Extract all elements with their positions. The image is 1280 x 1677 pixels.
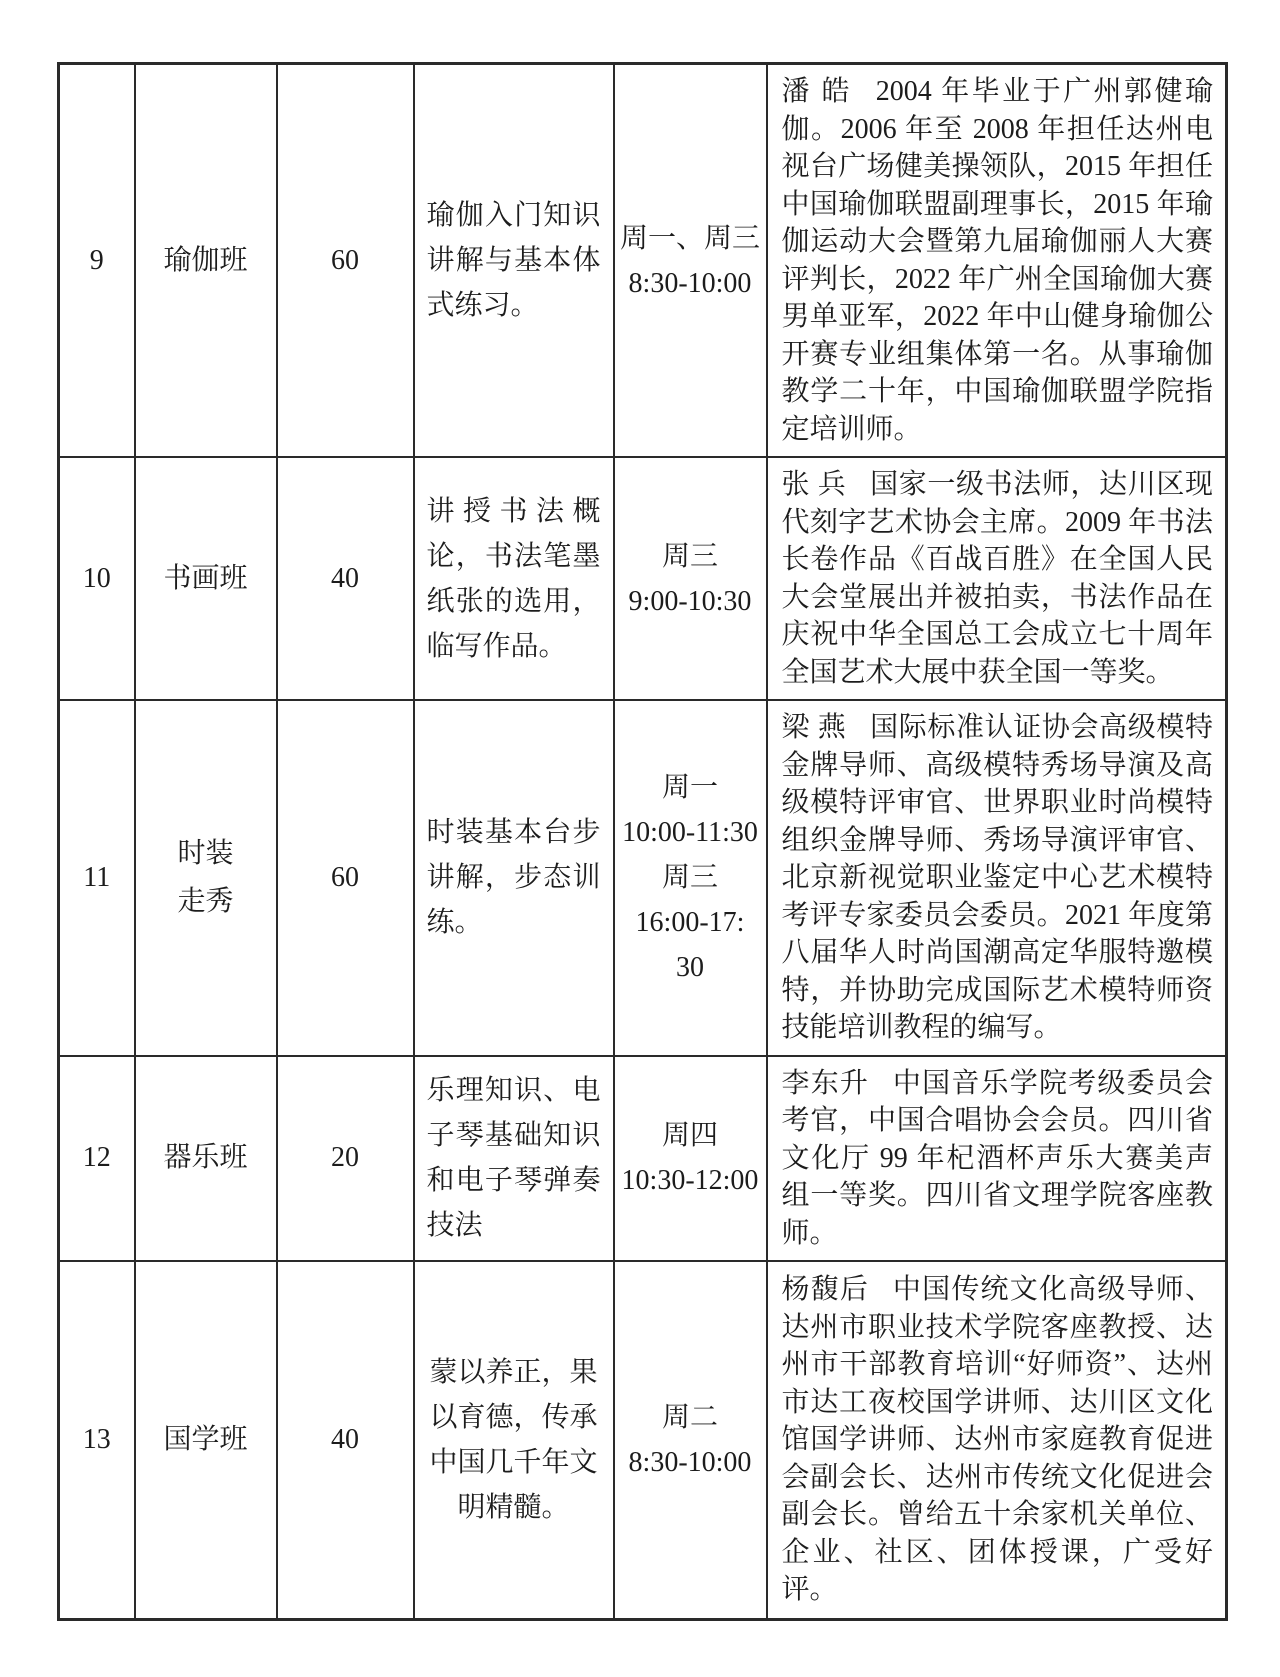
course-content-cell: 蒙以养正，果以育德，传承中国几千年文明精髓。 xyxy=(414,1261,614,1619)
schedule-cell: 周四 10:30-12:00 xyxy=(614,1056,767,1262)
course-name-cell: 书画班 xyxy=(135,457,277,700)
teacher-bio-text: 国家一级书法师，达川区现代刻字艺术协会主席。2009 年书法长卷作品《百战百胜》… xyxy=(782,469,1214,688)
course-content-cell: 时装基本台步讲解，步态训练。 xyxy=(414,700,614,1056)
teacher-bio-cell: 梁 燕国际标准认证协会高级模特金牌导师、高级模特秀场导演及高级模特评审官、世界职… xyxy=(767,700,1227,1056)
course-number-cell: 12 xyxy=(59,1056,135,1262)
teacher-name: 杨馥后 xyxy=(782,1274,870,1305)
schedule-cell: 周二 8:30-10:00 xyxy=(614,1261,767,1619)
course-number-cell: 9 xyxy=(59,64,135,458)
teacher-name: 梁 燕 xyxy=(782,712,847,743)
teacher-bio-cell: 张 兵国家一级书法师，达川区现代刻字艺术协会主席。2009 年书法长卷作品《百战… xyxy=(767,457,1227,700)
schedule-cell: 周一 10:00-11:30 周三 16:00-17: 30 xyxy=(614,700,767,1056)
capacity-cell: 20 xyxy=(277,1056,414,1262)
teacher-bio-cell: 杨馥后中国传统文化高级导师、达州市职业技术学院客座教授、达州市干部教育培训“好师… xyxy=(767,1261,1227,1619)
schedule-cell: 周三 9:00-10:30 xyxy=(614,457,767,700)
teacher-bio-text: 国际标准认证协会高级模特金牌导师、高级模特秀场导演及高级模特评审官、世界职业时尚… xyxy=(782,712,1214,1043)
teacher-bio-cell: 潘 皓2004 年毕业于广州郭健瑜伽。2006 年至 2008 年担任达州电视台… xyxy=(767,64,1227,458)
course-name-cell: 器乐班 xyxy=(135,1056,277,1262)
capacity-cell: 40 xyxy=(277,1261,414,1619)
teacher-name: 张 兵 xyxy=(782,469,847,500)
course-content-cell: 乐理知识、电子琴基础知识和电子琴弹奏技法 xyxy=(414,1056,614,1262)
course-name-cell: 时装 走秀 xyxy=(135,700,277,1056)
capacity-cell: 40 xyxy=(277,457,414,700)
course-number-cell: 11 xyxy=(59,700,135,1056)
teacher-bio-text: 中国传统文化高级导师、达州市职业技术学院客座教授、达州市干部教育培训“好师资”、… xyxy=(782,1274,1214,1605)
course-name-cell: 国学班 xyxy=(135,1261,277,1619)
teacher-bio-cell: 李东升中国音乐学院考级委员会考官，中国合唱协会会员。四川省文化厅 99 年杞酒杯… xyxy=(767,1056,1227,1262)
course-name-cell: 瑜伽班 xyxy=(135,64,277,458)
table-row: 10 书画班 40 讲授书法概论，书法笔墨纸张的选用，临写作品。 周三 9:00… xyxy=(59,457,1227,700)
teacher-bio-text: 2004 年毕业于广州郭健瑜伽。2006 年至 2008 年担任达州电视台广场健… xyxy=(782,76,1214,445)
teacher-name: 潘 皓 xyxy=(782,76,852,107)
table-row: 13 国学班 40 蒙以养正，果以育德，传承中国几千年文明精髓。 周二 8:30… xyxy=(59,1261,1227,1619)
capacity-cell: 60 xyxy=(277,700,414,1056)
capacity-cell: 60 xyxy=(277,64,414,458)
teacher-name: 李东升 xyxy=(782,1068,870,1099)
course-content-cell: 瑜伽入门知识讲解与基本体式练习。 xyxy=(414,64,614,458)
course-schedule-table: 9 瑜伽班 60 瑜伽入门知识讲解与基本体式练习。 周一、周三 8:30-10:… xyxy=(57,62,1228,1621)
table-row: 11 时装 走秀 60 时装基本台步讲解，步态训练。 周一 10:00-11:3… xyxy=(59,700,1227,1056)
course-number-cell: 10 xyxy=(59,457,135,700)
course-content-cell: 讲授书法概论，书法笔墨纸张的选用，临写作品。 xyxy=(414,457,614,700)
course-number-cell: 13 xyxy=(59,1261,135,1619)
table-row: 9 瑜伽班 60 瑜伽入门知识讲解与基本体式练习。 周一、周三 8:30-10:… xyxy=(59,64,1227,458)
schedule-cell: 周一、周三 8:30-10:00 xyxy=(614,64,767,458)
table-row: 12 器乐班 20 乐理知识、电子琴基础知识和电子琴弹奏技法 周四 10:30-… xyxy=(59,1056,1227,1262)
